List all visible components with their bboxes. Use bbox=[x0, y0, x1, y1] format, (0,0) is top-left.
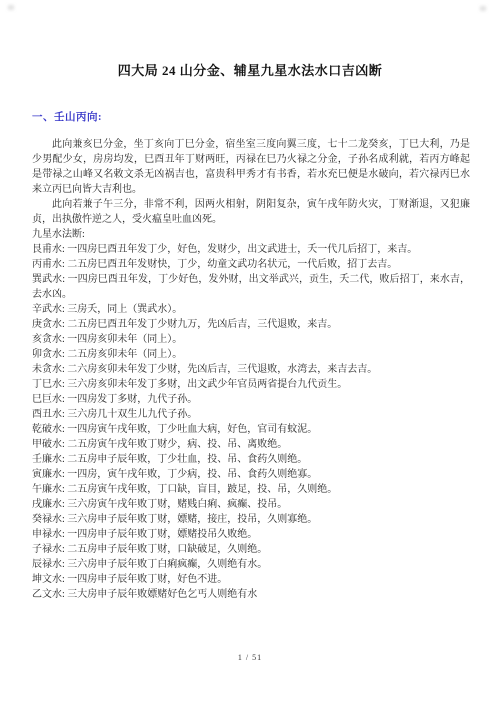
nine-star-entry: 壬廉水: 二五房申子辰年败，丁少壮血，投、吊、食药久则绝。 bbox=[32, 452, 470, 467]
section-heading: 一、壬山丙向: bbox=[32, 109, 470, 124]
paragraph: 此向若兼子午三分，非常不利，因两火相射，阴阳复杂，寅午戌年防火灾，丁财渐退，又犯… bbox=[32, 197, 470, 227]
nine-star-entry: 卯贪水: 二五房亥卯未年（同上）。 bbox=[32, 347, 470, 362]
nine-star-entry: 申禄水: 一四房申子辰年败丁财，嫖赌投吊久败绝。 bbox=[32, 527, 470, 542]
nine-star-entry: 巳巨水: 一四房发丁多财，九代子孙。 bbox=[32, 392, 470, 407]
document-body: 此向兼亥巳分金，坐丁亥向丁巳分金，宿坐室三度向翼三度，七十二龙癸亥，丁巳大利，乃… bbox=[32, 137, 470, 602]
nine-star-list-heading: 九星水法断: bbox=[32, 227, 470, 242]
nine-star-entry: 艮甫水: 一四房巳酉丑年发丁少，好色，发财少，出文武进士，夭一代几后招丁，来吉。 bbox=[32, 242, 470, 257]
nine-star-entry: 甲破水: 二五房寅午戌年败丁财少，病、投、吊、离败绝。 bbox=[32, 437, 470, 452]
scan-artifact bbox=[8, 5, 14, 10]
nine-star-entry: 酉丑水: 三六房几十双生儿九代子孙。 bbox=[32, 407, 470, 422]
document-page: 四大局 24 山分金、辅星九星水法水口吉凶断 一、壬山丙向: 此向兼亥巳分金，坐… bbox=[0, 0, 500, 708]
nine-star-entry: 寅廉水: 一四房，寅午戌年败，丁少病，投、吊、食药久则绝寡。 bbox=[32, 467, 470, 482]
nine-star-entry: 午廉水: 二五房寅午戌年败，丁口缺，盲目，跛足，投、吊，久则绝。 bbox=[32, 482, 470, 497]
nine-star-entry: 乾破水: 一四房寅午戌年败，丁少吐血大病，好色，官司有蚊泥。 bbox=[32, 422, 470, 437]
paragraph: 此向兼亥巳分金，坐丁亥向丁巳分金，宿坐室三度向翼三度，七十二龙癸亥，丁巳大利，乃… bbox=[32, 137, 470, 197]
nine-star-entry: 丙甫水: 二五房巳酉丑年发财快，丁少，幼童文武功名状元，一代后败，招丁去吉。 bbox=[32, 257, 470, 272]
document-title: 四大局 24 山分金、辅星九星水法水口吉凶断 bbox=[20, 60, 480, 79]
nine-star-entry: 子禄水: 二五房申子辰年败丁财，口缺破足，久则绝。 bbox=[32, 542, 470, 557]
nine-star-entry: 癸禄水: 三六房申子辰年败丁财，嫖赌，接庄，投吊，久则寡绝。 bbox=[32, 512, 470, 527]
nine-star-entry: 未贪水: 二六房亥卯未年发丁少财，先凶后吉，三代退败，水湾去，来吉去吉。 bbox=[32, 362, 470, 377]
nine-star-list: 艮甫水: 一四房巳酉丑年发丁少，好色，发财少，出文武进士，夭一代几后招丁，来吉。… bbox=[32, 242, 470, 602]
nine-star-entry: 亥贪水: 一四房亥卯未年（同上）。 bbox=[32, 332, 470, 347]
nine-star-entry: 庚贪水: 二五房巳酉丑年发丁少财九万，先凶后吉，三代退败，来吉。 bbox=[32, 317, 470, 332]
nine-star-entry: 巽武水: 一四房巳酉丑年发，丁少好色，发外财，出文举武兴，贡生，夭二代，败后招丁… bbox=[32, 272, 470, 302]
nine-star-entry: 戌廉水: 三六房寅午戌年败丁财，赌贱白痢、疯癫、投吊。 bbox=[32, 497, 470, 512]
nine-star-entry: 丁巳水: 三六房亥卯未年发丁多财，出文武少年官员两省提台九代贡生。 bbox=[32, 377, 470, 392]
page-number: 1 / 51 bbox=[0, 653, 500, 662]
nine-star-entry: 坤文水: 一四房申子辰年败丁财，好色不进。 bbox=[32, 572, 470, 587]
nine-star-entry: 辰禄水: 三六房申子辰年败丁白痢疯癫，久则绝有水。 bbox=[32, 557, 470, 572]
scan-artifact bbox=[480, 6, 486, 11]
nine-star-entry: 乙文水: 三大房申子辰年败嫖赌好色乞丐人则绝有水 bbox=[32, 587, 470, 602]
nine-star-entry: 辛武水: 三房夭，同上（巽武水）。 bbox=[32, 302, 470, 317]
